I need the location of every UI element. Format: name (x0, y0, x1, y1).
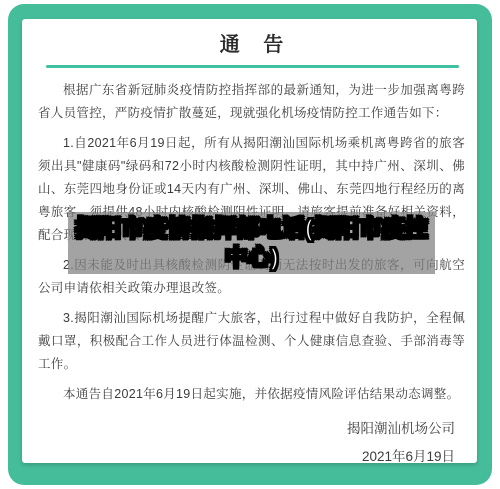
notice-paragraph-item3: 3.揭阳潮汕国际机场提醒广大旅客，出行过程中做好自我防护，全程佩戴口罩，积极配合… (38, 307, 465, 376)
overlay-banner: 揭阳市疫情指挥部电话(揭阳市疫控中心) (68, 212, 435, 274)
notice-paragraph-effective: 本通告自2021年6月19日起实施，并依据疫情风险评估结果动态调整。 (38, 383, 465, 406)
notice-page: 通 告 根据广东省新冠肺炎疫情防控指挥部的最新通知，为进一步加强离粤跨省人员管控… (0, 0, 500, 489)
notice-paragraph-intro: 根据广东省新冠肺炎疫情防控指挥部的最新通知，为进一步加强离粤跨省人员管控，严防疫… (38, 79, 465, 125)
notice-title: 通 告 (38, 33, 465, 57)
overlay-caption: 揭阳市疫情指挥部电话(揭阳市疫控中心) (68, 214, 435, 272)
title-divider (46, 65, 459, 68)
signature-company: 揭阳潮汕机场公司 (38, 415, 455, 443)
signature-block: 揭阳潮汕机场公司 2021年6月19日 (38, 415, 465, 463)
signature-date: 2021年6月19日 (38, 443, 455, 463)
